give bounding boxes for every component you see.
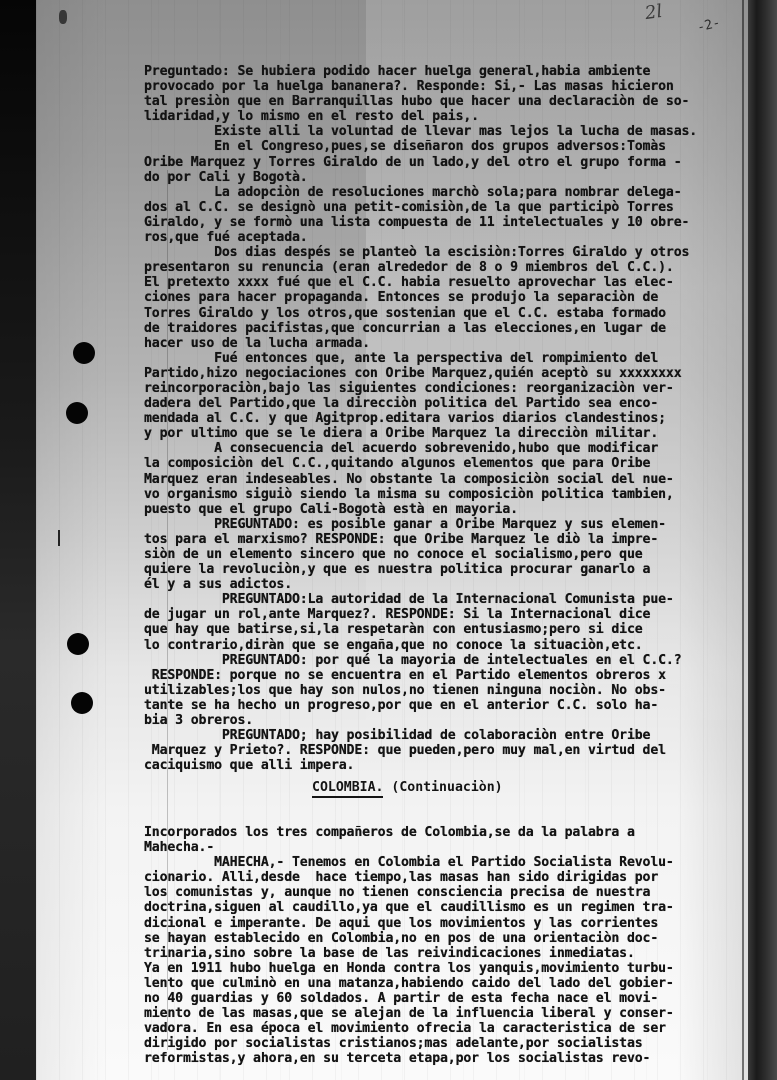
text-line: reincorporaciòn,bajo las siguientes cond… (144, 381, 749, 396)
text-line: vo organismo siguiò siendo la misma su c… (144, 487, 749, 502)
text-line: vadora. En esa época el movimiento ofrec… (144, 1021, 749, 1036)
text-line: puesto que el grupo Cali-Bogotà està en … (144, 502, 749, 517)
text-line: Torres Giraldo y los otros,que sostenian… (144, 306, 749, 321)
punch-hole-icon (67, 633, 89, 655)
text-line: de jugar un rol,ante Marquez?. RESPONDE:… (144, 607, 749, 622)
text-line: do por Cali y Bogotà. (144, 170, 749, 185)
text-line: tal presiòn que en Barranquillas hubo qu… (144, 94, 749, 109)
text-line: y por ultimo que se le diera a Oribe Mar… (144, 426, 749, 441)
text-line: RESPONDE: porque no se encuentra en el P… (144, 668, 749, 683)
punch-hole-icon (71, 692, 93, 714)
scanned-document: 2l -2- Preguntado: Se hubiera podido hac… (0, 0, 777, 1080)
text-line: Marquez y Prieto?. RESPONDE: que pueden,… (144, 743, 749, 758)
text-line: bia 3 obreros. (144, 713, 749, 728)
text-line: Fué entonces que, ante la perspectiva de… (144, 351, 749, 366)
handwritten-annotation: 2l (644, 1, 664, 24)
text-line: tos para el marxismo? RESPONDE: que Orib… (144, 532, 749, 547)
body-text-section-2: Incorporados los tres compañeros de Colo… (144, 825, 749, 1067)
body-text-section-1: Preguntado: Se hubiera podido hacer huel… (144, 64, 749, 773)
text-line: mendada al C.C. y que Agitprop.editara v… (144, 411, 749, 426)
text-line: hacer uso de la lucha armada. (144, 336, 749, 351)
text-line: PREGUNTADO: es posible ganar a Oribe Mar… (144, 517, 749, 532)
text-line: de traidores pacifistas,que concurrian a… (144, 321, 749, 336)
text-line: que hay que batirse,si,la respetaràn con… (144, 622, 749, 637)
text-line: lento que culminò en una matanza,habiend… (144, 976, 749, 991)
section-heading: COLOMBIA. (Continuaciòn) (312, 780, 503, 795)
text-line: Marquez eran indeseables. No obstante la… (144, 472, 749, 487)
punch-hole-icon (66, 402, 88, 424)
text-line: los comunistas y, aunque no tienen consc… (144, 885, 749, 900)
text-line: ros,que fué aceptada. (144, 230, 749, 245)
text-line: La adopciòn de resoluciones marchò sola;… (144, 185, 749, 200)
text-line: Preguntado: Se hubiera podido hacer huel… (144, 64, 749, 79)
text-line: A consecuencia del acuerdo sobrevenido,h… (144, 441, 749, 456)
text-line: dirigido por socialistas cristianos;mas … (144, 1036, 749, 1051)
right-scan-edge (748, 0, 777, 1080)
text-line: él y a sus adictos. (144, 577, 749, 592)
punch-hole-icon (73, 342, 95, 364)
text-line: doctrina,siguen al caudillo,ya que el ca… (144, 900, 749, 915)
heading-subtitle: (Continuaciòn) (391, 780, 502, 795)
text-line: no 40 guardias y 60 soldados. A partir d… (144, 991, 749, 1006)
text-line: tante se ha hecho un progreso,por que en… (144, 698, 749, 713)
text-line: dicional e imperante. De aqui que los mo… (144, 916, 749, 931)
text-line: caciquismo que alli impera. (144, 758, 749, 773)
text-line: miento de las masas,que se alejan de la … (144, 1006, 749, 1021)
text-line: quiere la revoluciòn,y que es nuestra po… (144, 562, 749, 577)
ink-smudge (59, 10, 67, 24)
text-line: Giraldo, y se formò una lista compuesta … (144, 215, 749, 230)
text-line: El pretexto xxxx fué que el C.C. habia r… (144, 275, 749, 290)
text-line: lo contrario,diràn que se engaña,que no … (144, 638, 749, 653)
text-line: PREGUNTADO: por qué la mayoria de intele… (144, 653, 749, 668)
text-line: Incorporados los tres compañeros de Colo… (144, 825, 749, 840)
text-line: ciones para hacer propaganda. Entonces s… (144, 290, 749, 305)
binding-edge (0, 0, 38, 1080)
text-line: siòn de un elemento sincero que no conoc… (144, 547, 749, 562)
text-line: cionario. Alli,desde hace tiempo,las mas… (144, 870, 749, 885)
text-line: reformistas,y ahora,en su terceta etapa,… (144, 1051, 749, 1066)
text-line: presentaron su renuncia (eran alrededor … (144, 260, 749, 275)
text-line: PREGUNTADO:La autoridad de la Internacio… (144, 592, 749, 607)
text-line: dadera del Partido,que la direcciòn poli… (144, 396, 749, 411)
text-line: utilizables;los que hay son nulos,no tie… (144, 683, 749, 698)
text-line: MAHECHA,- Tenemos en Colombia el Partido… (144, 855, 749, 870)
text-line: trinaria,sino sobre la base de las reivi… (144, 946, 749, 961)
text-line: Partido,hizo negociaciones con Oribe Mar… (144, 366, 749, 381)
heading-title: COLOMBIA. (312, 780, 383, 798)
text-line: Existe alli la voluntad de llevar mas le… (144, 124, 749, 139)
text-line: la composiciòn del C.C.,quitando algunos… (144, 456, 749, 471)
text-line: Oribe Marquez y Torres Giraldo de un lad… (144, 155, 749, 170)
text-line: provocado por la huelga bananera?. Respo… (144, 79, 749, 94)
text-line: Mahecha.- (144, 840, 749, 855)
text-line: En el Congreso,pues,se diseñaron dos gru… (144, 139, 749, 154)
margin-mark (58, 530, 60, 546)
text-line: Dos dias despés se planteò la escisiòn:T… (144, 245, 749, 260)
text-line: Ya en 1911 hubo huelga en Honda contra l… (144, 961, 749, 976)
text-line: PREGUNTADO; hay posibilidad de colaborac… (144, 728, 749, 743)
text-line: se hayan establecido en Colombia,no en p… (144, 931, 749, 946)
text-line: dos al C.C. se designò una petit-comisiò… (144, 200, 749, 215)
text-line: lidaridad,y lo mismo en el resto del pai… (144, 109, 749, 124)
